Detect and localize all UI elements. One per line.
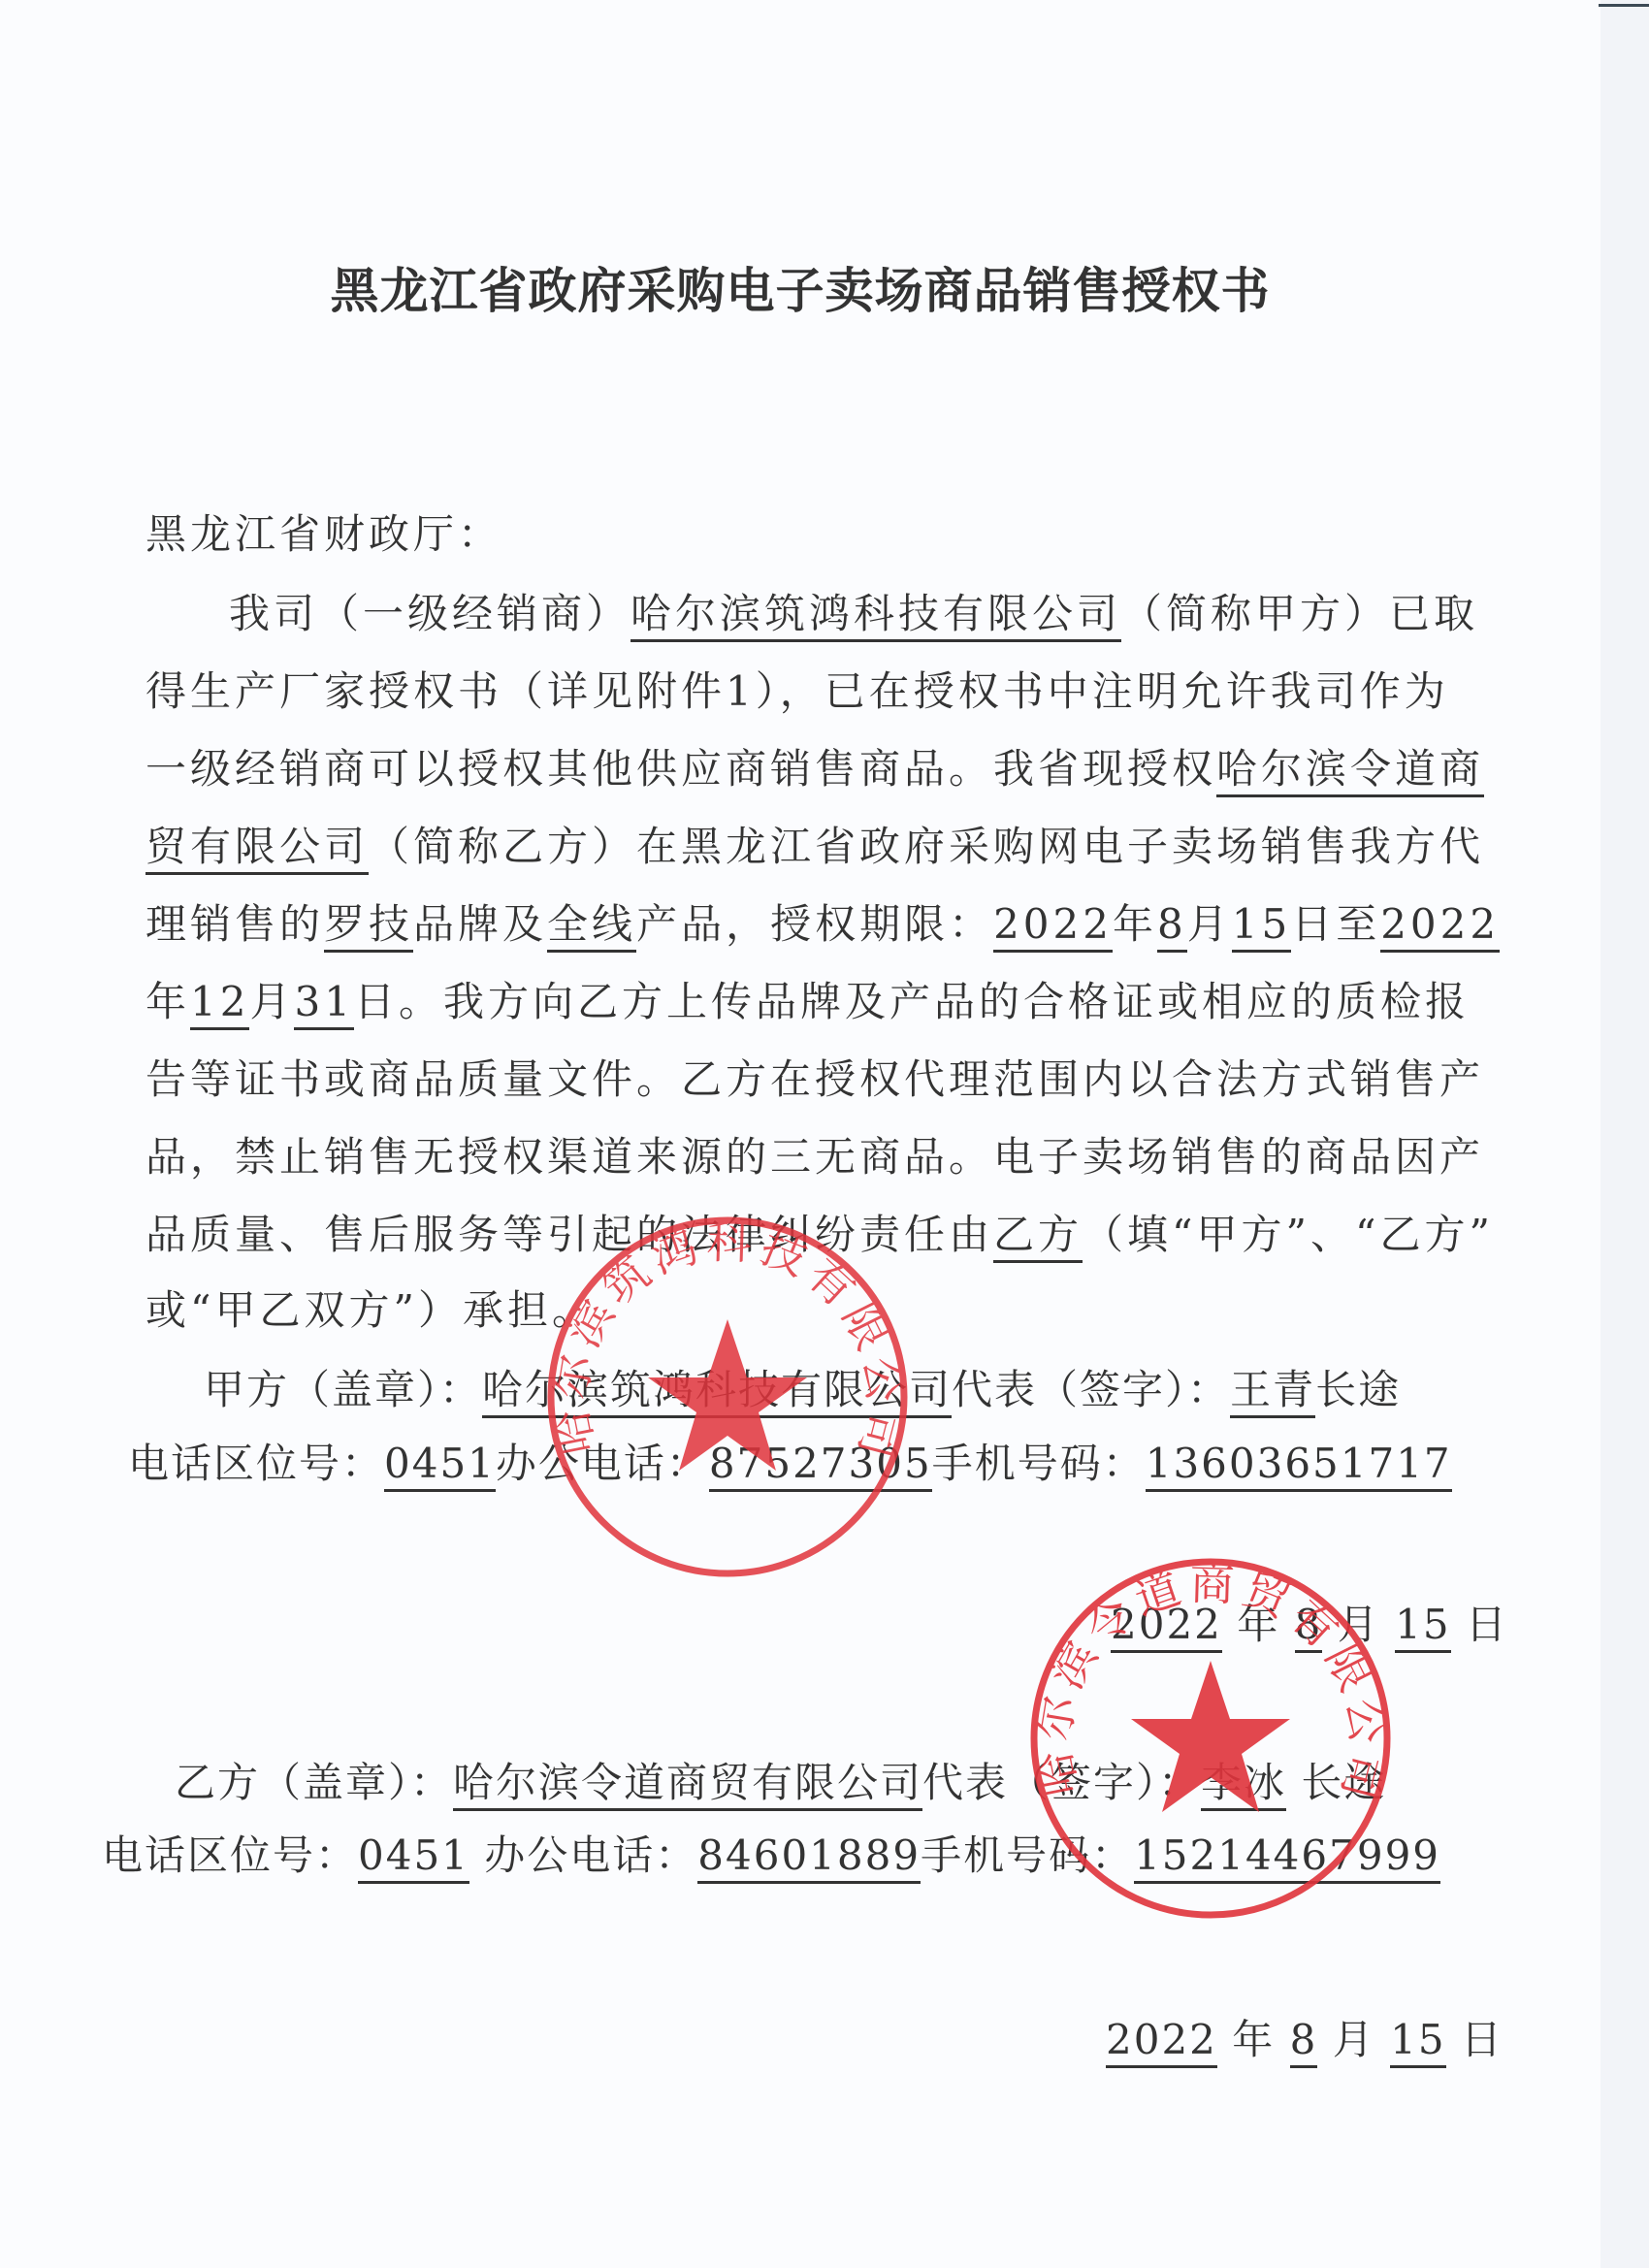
party-b-signature-line: 乙方（盖章）：哈尔滨令道商贸有限公司代表（签字）：李冰 长途 [175, 1751, 1386, 1809]
end-month: 12 [190, 978, 249, 1030]
party-a-company: 哈尔滨筑鸿科技有限公司 [482, 1366, 952, 1418]
body-line-7: 告等证书或商品质量文件。乙方在授权代理范围内以合法方式销售产 [145, 1048, 1484, 1106]
party-a-phone-line: 电话区位号：0451办公电话：87527305手机号码：13603651717 [128, 1432, 1452, 1490]
brand: 罗技 [324, 900, 413, 953]
party-a-office-phone: 87527305 [709, 1440, 932, 1492]
start-month: 8 [1157, 900, 1187, 953]
party-a-signature-line: 甲方（盖章）：哈尔滨筑鸿科技有限公司代表（签字）：王青长途 [204, 1358, 1401, 1416]
end-year: 2022 [1380, 900, 1500, 953]
party-b-phone-line: 电话区位号：0451 办公电话：84601889手机号码：15214467999 [102, 1824, 1440, 1882]
body-line-6: 年12月31日。我方向乙方上传品牌及产品的合格证或相应的质检报 [145, 970, 1470, 1028]
product-scope: 全线 [547, 900, 636, 953]
party-b-date: 2022 年 8 月 15 日 [1106, 2008, 1503, 2066]
body-line-9: 品质量、售后服务等引起的法律纠纷责任由乙方（填“甲方”、“乙方” [145, 1203, 1494, 1261]
body-line-2: 得生产厂家授权书（详见附件1），已在授权书中注明允许我司作为 [145, 660, 1449, 718]
body-line-1: 我司（一级经销商）哈尔滨筑鸿科技有限公司（简称甲方）已取 [229, 582, 1478, 640]
liable-party: 乙方 [993, 1211, 1083, 1263]
party-b-area-code: 0451 [358, 1831, 469, 1884]
body-line-3: 一级经销商可以授权其他供应商销售商品。我省现授权哈尔滨令道商 [145, 737, 1484, 795]
scan-edge [1600, 0, 1649, 2268]
party-b-company-inline-1: 哈尔滨令道商 [1216, 745, 1484, 797]
document-page: 黑龙江省政府采购电子卖场商品销售授权书 黑龙江省财政厅： 我司（一级经销商）哈尔… [0, 0, 1600, 2268]
party-b-rep-name: 李冰 [1201, 1759, 1286, 1811]
party-b-company-inline-2: 贸有限公司 [145, 823, 369, 875]
party-b-mobile: 15214467999 [1134, 1831, 1440, 1884]
party-a-mobile: 13603651717 [1146, 1440, 1452, 1492]
party-a-area-code: 0451 [384, 1440, 496, 1492]
end-day: 31 [294, 978, 353, 1030]
party-b-office-phone: 84601889 [697, 1831, 921, 1884]
scan-edge-mark [1599, 4, 1649, 7]
party-b-company: 哈尔滨令道商贸有限公司 [453, 1759, 922, 1811]
party-a-company-inline: 哈尔滨筑鸿科技有限公司 [630, 590, 1121, 642]
body-line-8: 品，禁止销售无授权渠道来源的三无商品。电子卖场销售的商品因产 [145, 1125, 1484, 1183]
party-a-date: 2022 年 8 月 15 日 [1111, 1593, 1508, 1651]
start-year: 2022 [993, 900, 1113, 953]
party-a-rep-name: 王青 [1230, 1366, 1315, 1418]
body-line-10: 或“甲乙双方”）承担。 [145, 1279, 597, 1337]
body-line-4: 贸有限公司（简称乙方）在黑龙江省政府采购网电子卖场销售我方代 [145, 815, 1484, 873]
document-title: 黑龙江省政府采购电子卖场商品销售授权书 [0, 252, 1600, 322]
body-line-5: 理销售的罗技品牌及全线产品，授权期限：2022年8月15日至2022 [145, 892, 1500, 951]
start-day: 15 [1232, 900, 1291, 953]
addressee: 黑龙江省财政厅： [145, 502, 502, 561]
